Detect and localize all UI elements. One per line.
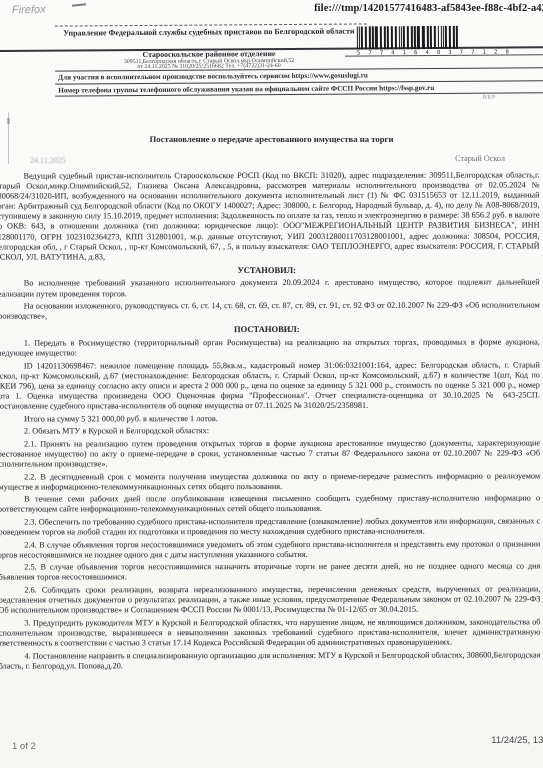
document-body: Ведущий судебный пристав-исполнитель Ста… — [0, 170, 541, 673]
paragraph: На основании изложенного, руководствуясь… — [0, 301, 540, 322]
scan-artifact-tick — [7, 118, 10, 124]
paragraph-lot-description: ID 14201130698467: нежилое помещение пло… — [0, 360, 540, 412]
paragraph-item-2-3: 2.3. Обеспечить по требованию судебного … — [0, 516, 540, 537]
org-name: Управление Федеральной службы судебных п… — [55, 27, 363, 38]
barcode: 5 7 7 4 1 6 4 8 3 7 7 1 2 0 — [357, 26, 459, 57]
corner-code: В/Б/Р — [482, 95, 495, 101]
barcode-bars — [357, 26, 459, 50]
paragraph-item-2-2: 2.2. В десятидневный срок с момента полу… — [0, 471, 540, 492]
document-place: Старый Оскол — [455, 154, 505, 163]
barcode-underline-rule — [345, 54, 543, 56]
print-footer-page-number: 1 of 2 — [12, 741, 36, 752]
fssp-letterhead: Управление Федеральной службы судебных п… — [0, 0, 543, 110]
paragraph-item-2-6: 2.6. Соблюдать сроки реализации, возврат… — [0, 584, 540, 615]
paragraph-item-4: 4. Постановление направить в специализир… — [0, 650, 541, 671]
paragraph: Во исполнение требований указанного испо… — [0, 278, 540, 299]
paragraph: В течение семи рабочих дней после опубли… — [0, 494, 540, 515]
paragraph-item-1: 1. Передать в Росимущество (территориаль… — [0, 337, 540, 358]
paragraph-item-3: 3. Предупредить руководителя МТУ в Курск… — [0, 617, 540, 648]
paragraph-recital: Ведущий судебный пристав-исполнитель Ста… — [0, 170, 540, 262]
document-date: 24.11.2025 — [30, 156, 66, 165]
paragraph-item-2: 2. Обязать МТУ в Курской и Белгородской … — [0, 426, 540, 437]
scan-area: Firefox file:///tmp/14201577416483-af584… — [0, 0, 543, 768]
paragraph-total: Итого на сумму 5 321 000,00 руб. в колич… — [0, 413, 540, 424]
document-title: Постановление о передаче арестованного и… — [0, 134, 543, 144]
paragraph-item-2-4: 2.4. В случае объявления торгов несостоя… — [0, 539, 540, 560]
paragraph-item-2-1: 2.1. Принять на реализацию путем проведе… — [0, 438, 540, 469]
print-footer-datetime: 11/24/25, 13: — [491, 735, 543, 746]
heading-ustanovil: УСТАНОВИЛ: — [0, 264, 540, 275]
heading-postanovil: ПОСТАНОВИЛ: — [0, 324, 540, 335]
paragraph-item-2-5: 2.5. В случае объявления торгов несостоя… — [0, 562, 540, 583]
scanned-document-page: Firefox file:///tmp/14201577416483-af584… — [0, 0, 543, 768]
